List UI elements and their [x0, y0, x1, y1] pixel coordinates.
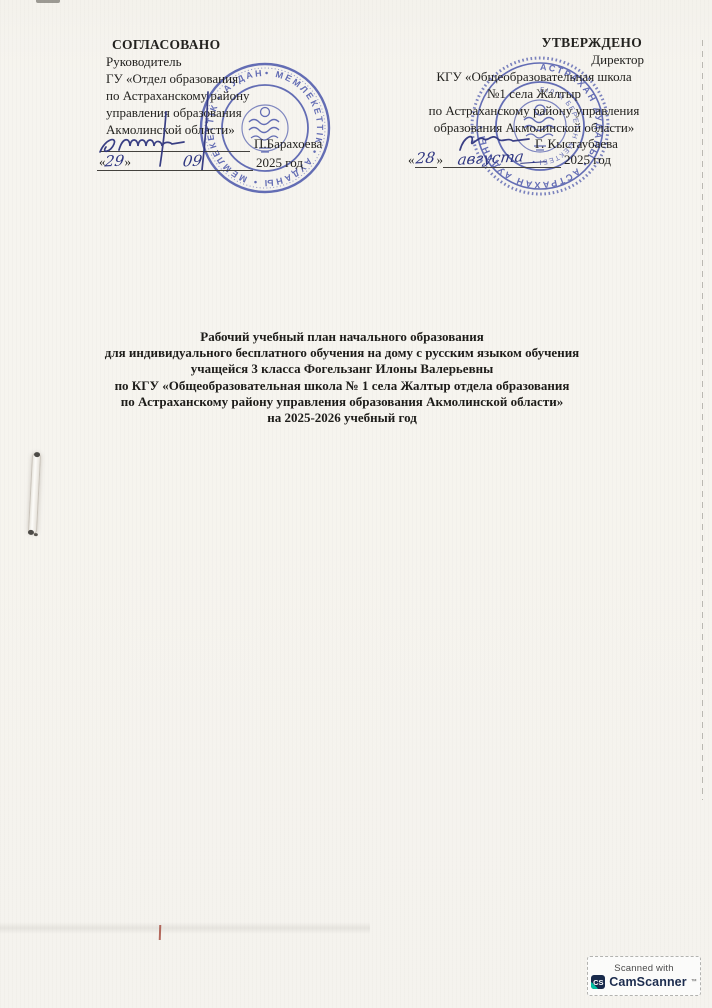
camscanner-brand-row: CS CamScanner ™	[591, 975, 696, 989]
quote-close: »	[125, 154, 132, 169]
date-year-right: 2025 год	[564, 152, 611, 168]
handwritten-month-left: 09	[183, 154, 204, 169]
approval-right-line: Директор	[400, 51, 668, 68]
date-month-line-right: августа	[443, 151, 561, 168]
staple-fastener	[28, 453, 41, 534]
approval-left-line: ГУ «Отдел образования	[106, 70, 356, 87]
title-line: Рабочий учебный план начального образова…	[56, 329, 628, 345]
date-row-right: « 28 » августа 2025 год	[408, 151, 611, 168]
camscanner-logo-icon: CS	[591, 975, 605, 989]
handwritten-month-right: августа	[457, 149, 525, 166]
handwritten-day-left: 29	[105, 154, 126, 169]
scan-artifact-red-mark	[159, 925, 162, 940]
title-line: на 2025-2026 учебный год	[56, 410, 628, 426]
approval-left-heading: СОГЛАСОВАНО	[106, 36, 356, 53]
scanned-document-page: • МЕМЛЕКЕТТІК • АУДАНЫ • МЕМЛЕКЕТТІК • А…	[0, 0, 712, 1008]
handwriting-tail-stroke	[519, 153, 546, 164]
signatory-name-left: П.Барахоева	[254, 136, 322, 152]
date-month-line-left: 09	[133, 154, 253, 171]
date-day-left: «29»	[97, 154, 133, 171]
scan-artifact-top-edge	[36, 0, 60, 3]
trademark-mark: ™	[691, 979, 697, 985]
document-title-block: Рабочий учебный план начального образова…	[56, 329, 628, 426]
date-row-left: «29» 09 2025 год	[97, 154, 303, 171]
scanned-with-label: Scanned with	[614, 963, 673, 974]
date-year-left: 2025 год	[256, 155, 303, 171]
camscanner-brand-name: CamScanner	[609, 975, 686, 989]
camscanner-watermark: Scanned with CS CamScanner ™	[587, 956, 701, 996]
approval-left-line: Руководитель	[106, 53, 356, 70]
staple-end-bottom	[28, 530, 34, 535]
approval-right-line: по Астраханскому району управления	[400, 102, 668, 119]
approval-right-line: КГУ «Общеобразовательная школа	[400, 68, 668, 85]
approval-right-heading: УТВЕРЖДЕНО	[400, 34, 668, 51]
approval-right-line: №1 села Жалтыр	[400, 85, 668, 102]
staple-end-top	[34, 452, 40, 457]
title-line: учащейся 3 класса Фогельзанг Илоны Валер…	[56, 361, 628, 377]
scan-artifact-right-edge-line	[702, 40, 703, 800]
approval-block-right: УТВЕРЖДЕНО Директор КГУ «Общеобразовател…	[400, 34, 668, 136]
handwritten-day-right: 28	[415, 151, 436, 166]
date-day-line-right: 28	[415, 151, 437, 168]
title-line: по КГУ «Общеобразовательная школа № 1 се…	[56, 378, 628, 394]
camscanner-icon-letters: CS	[593, 978, 603, 987]
title-line: по Астраханскому району управления образ…	[56, 394, 628, 410]
scan-artifact-shadow-band	[0, 922, 370, 934]
title-line: для индивидуального бесплатного обучения…	[56, 345, 628, 361]
signatory-name-right: Г. Кыстаубаева	[535, 136, 618, 152]
